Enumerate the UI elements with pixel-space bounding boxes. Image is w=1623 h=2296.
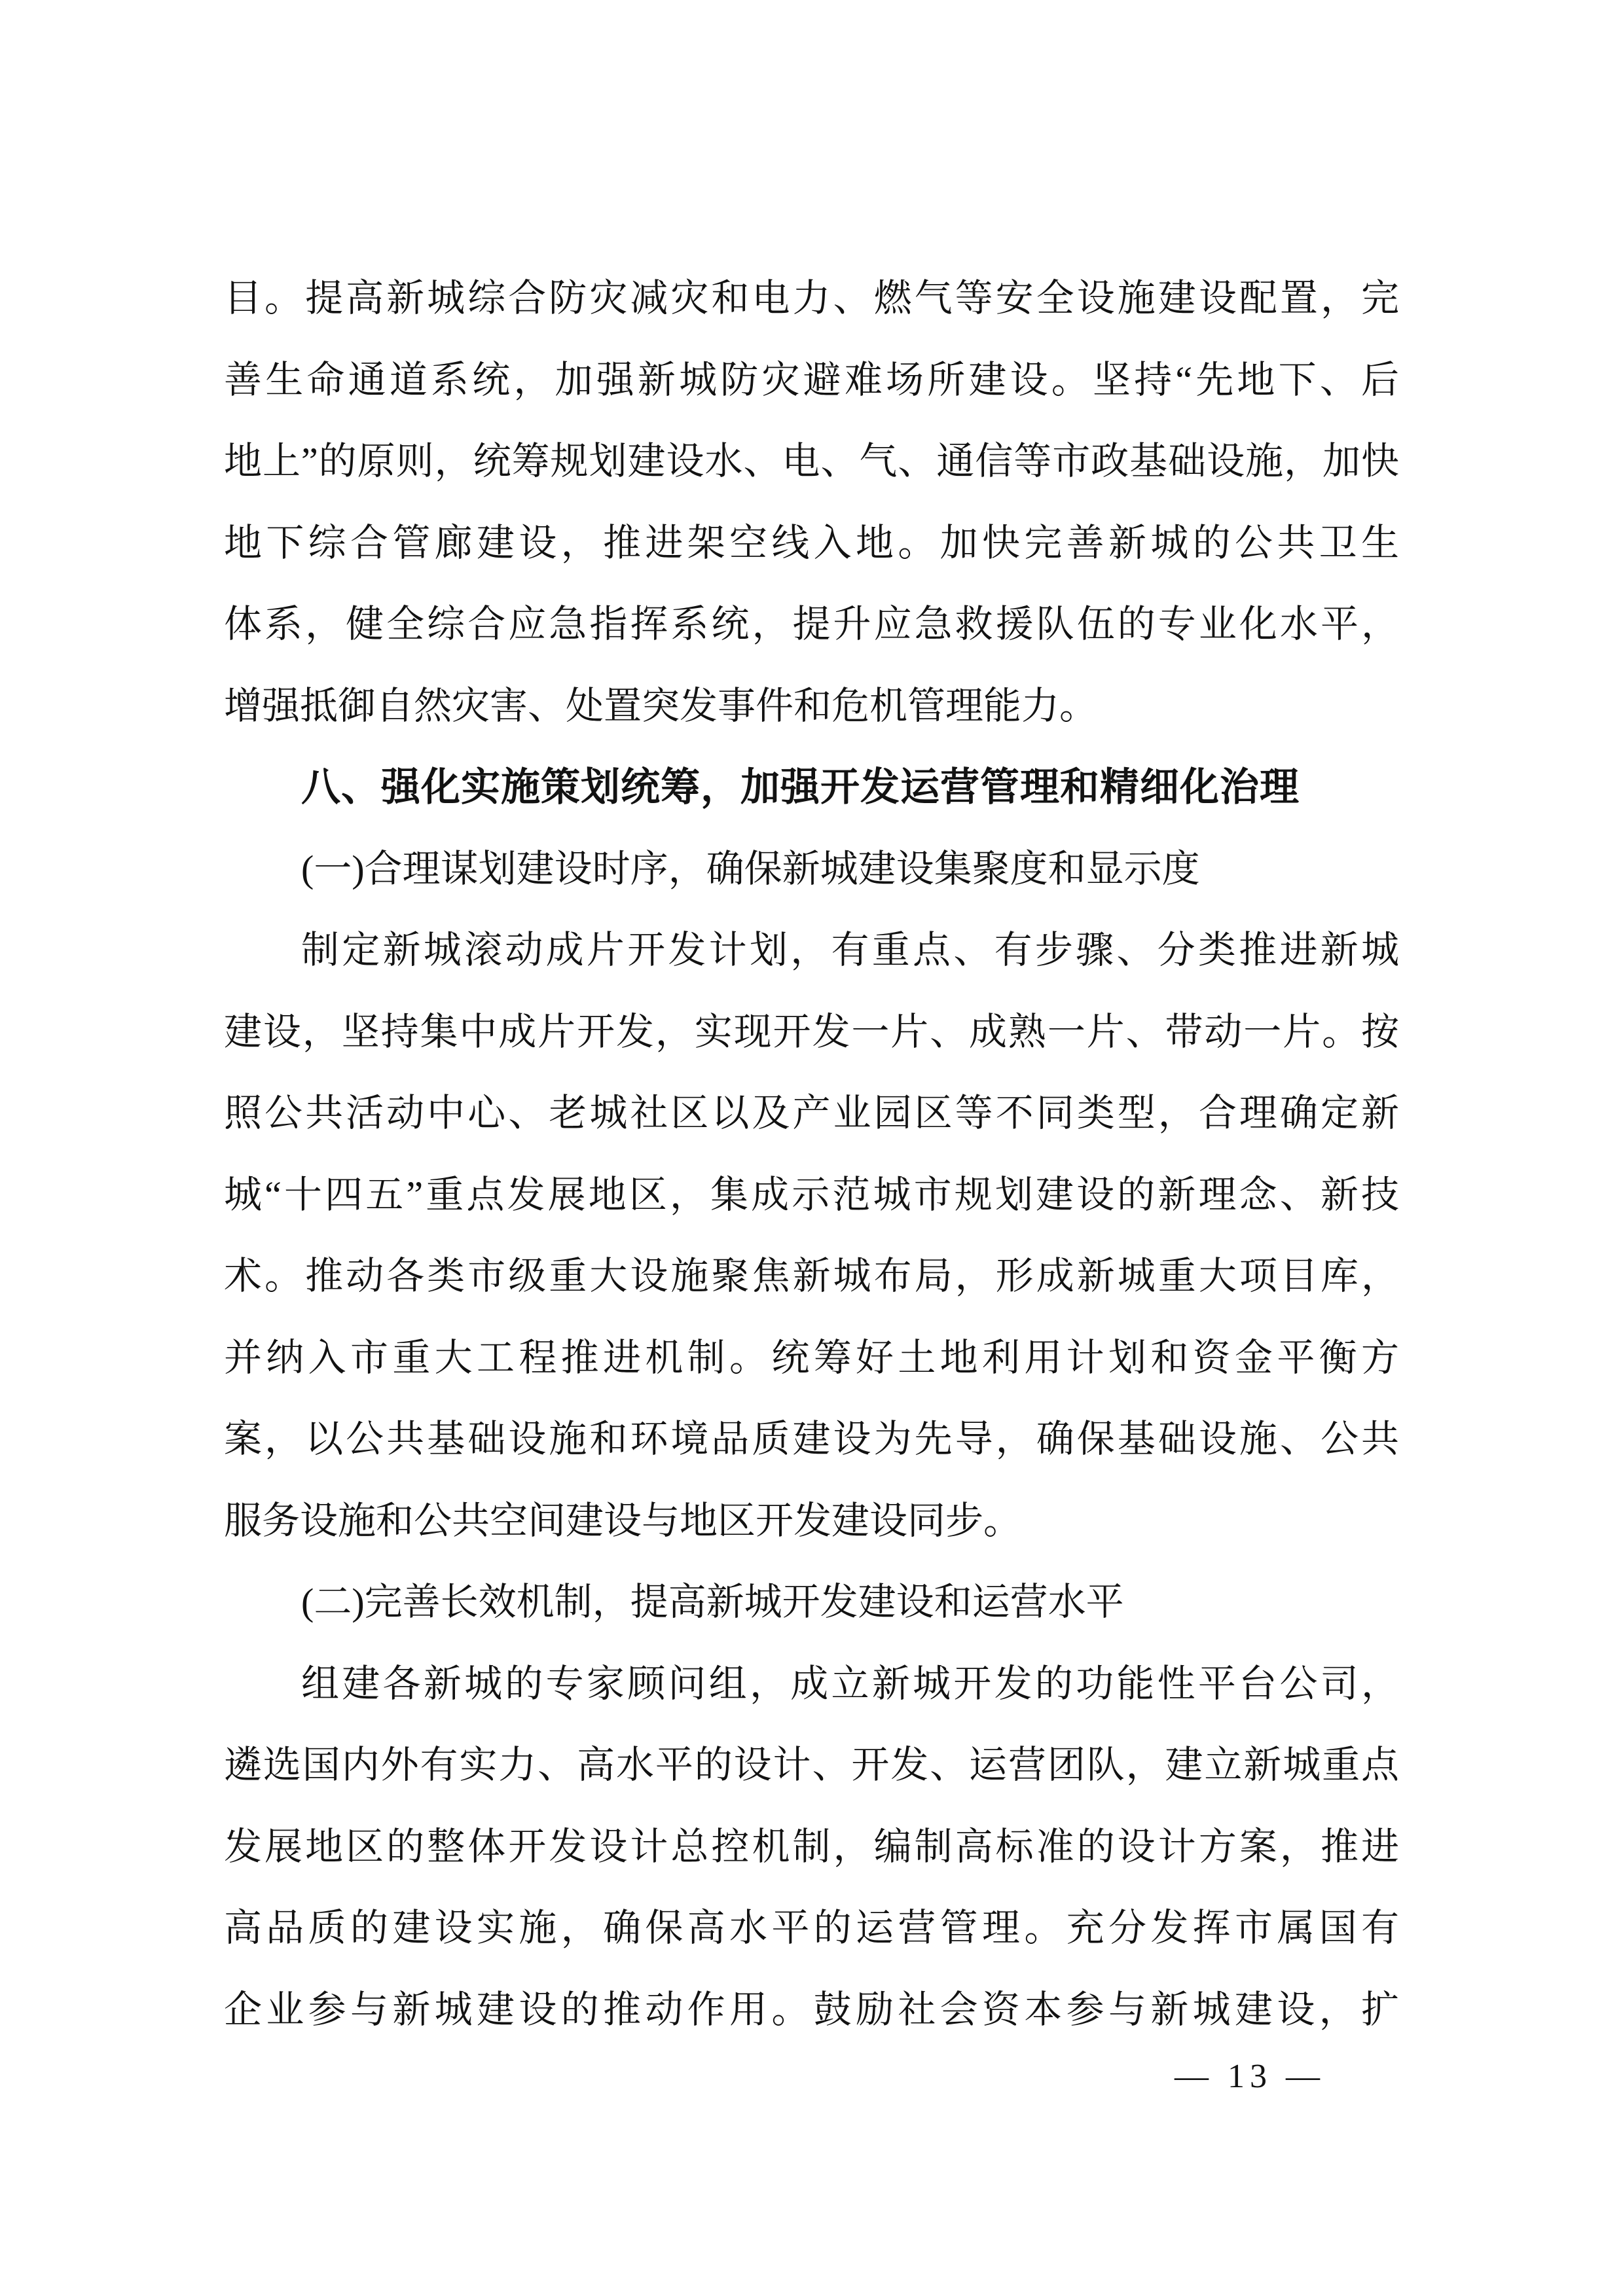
subsection-heading-line: (二)完善长效机制，提高新城开发建设和运营水平 bbox=[224, 1562, 1399, 1643]
body-text-line: 发展地区的整体开发设计总控机制，编制高标准的设计方案，推进 bbox=[224, 1806, 1399, 1888]
body-text-line: 建设，坚持集中成片开发，实现开发一片、成熟一片、带动一片。按 bbox=[224, 992, 1399, 1073]
body-text-line: 高品质的建设实施，确保高水平的运营管理。充分发挥市属国有 bbox=[224, 1888, 1399, 1969]
body-text-line: 遴选国内外有实力、高水平的设计、开发、运营团队，建立新城重点 bbox=[224, 1725, 1399, 1806]
body-text-line: 组建各新城的专家顾问组，成立新城开发的功能性平台公司， bbox=[224, 1643, 1399, 1725]
body-text-line: 术。推动各类市级重大设施聚焦新城布局，形成新城重大项目库， bbox=[224, 1236, 1399, 1318]
body-text-line: 案，以公共基础设施和环境品质建设为先导，确保基础设施、公共 bbox=[224, 1399, 1399, 1480]
body-text-line: 善生命通道系统，加强新城防灾避难场所建设。坚持“先地下、后 bbox=[224, 340, 1399, 422]
body-text-line: 企业参与新城建设的推动作用。鼓励社会资本参与新城建设，扩 bbox=[224, 1969, 1399, 2051]
body-text-line: 并纳入市重大工程推进机制。统筹好土地利用计划和资金平衡方 bbox=[224, 1318, 1399, 1399]
page-number: — 13 — bbox=[1175, 2047, 1325, 2106]
body-text-line: 目。提高新城综合防灾减灾和电力、燃气等安全设施建设配置，完 bbox=[224, 258, 1399, 340]
subsection-heading-line: (一)合理谋划建设时序，确保新城建设集聚度和显示度 bbox=[224, 829, 1399, 910]
document-page: 目。提高新城综合防灾减灾和电力、燃气等安全设施建设配置，完善生命通道系统，加强新… bbox=[0, 0, 1623, 2296]
content-area: 目。提高新城综合防灾减灾和电力、燃气等安全设施建设配置，完善生命通道系统，加强新… bbox=[224, 258, 1399, 2051]
body-text-line: 服务设施和公共空间建设与地区开发建设同步。 bbox=[224, 1480, 1399, 1562]
body-text-line: 城“十四五”重点发展地区，集成示范城市规划建设的新理念、新技 bbox=[224, 1155, 1399, 1236]
body-text-line: 照公共活动中心、老城社区以及产业园区等不同类型，合理确定新 bbox=[224, 1073, 1399, 1155]
section-heading-line: 八、强化实施策划统筹，加强开发运营管理和精细化治理 bbox=[224, 747, 1399, 829]
body-text-line: 体系，健全综合应急指挥系统，提升应急救援队伍的专业化水平， bbox=[224, 584, 1399, 666]
body-text-line: 地下综合管廊建设，推进架空线入地。加快完善新城的公共卫生 bbox=[224, 503, 1399, 584]
body-text-line: 地上”的原则，统筹规划建设水、电、气、通信等市政基础设施，加快 bbox=[224, 421, 1399, 503]
body-text-line: 制定新城滚动成片开发计划，有重点、有步骤、分类推进新城 bbox=[224, 910, 1399, 992]
body-text-line: 增强抵御自然灾害、处置突发事件和危机管理能力。 bbox=[224, 666, 1399, 747]
